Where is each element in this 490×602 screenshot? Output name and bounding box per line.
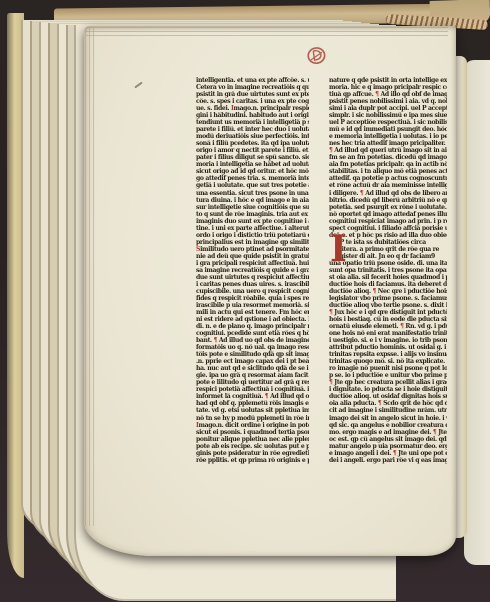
text-line: fides q respicit röabile. quia i spes re…	[196, 295, 309, 302]
text-line: stabilitas. i tn aliquo mö etiä penes ac…	[329, 168, 447, 175]
text-line: cöe. s. spes i caritas. i una ex pte cog…	[196, 98, 309, 105]
text-line: e memoria intelligetia i uolutas. i io p…	[329, 133, 447, 140]
text-line: nö tn se hy p modü pplemeti in röe imagi	[196, 415, 309, 422]
text-line: ponitur alique ppletiua nec alie pplere.…	[196, 436, 309, 443]
text-line: moria. hic e q imago pricipalr respic co…	[329, 84, 447, 91]
text-line: hois i bestiaq. cü in eode die pducta si…	[329, 316, 447, 323]
text-line: trinitas quoqo mö. si. nö ita explicate.…	[329, 358, 447, 365]
text-line: i dignitate. io pducta se i hoie distigu…	[329, 386, 447, 393]
text-line: töis pote e similitudo qdä qp sit imago.…	[196, 351, 309, 358]
text-line: pote ab eis recipe. sic uolutas put e p …	[196, 443, 309, 450]
text-line: legislator vbo prime psone. s. faciamus.…	[329, 295, 447, 302]
text-line: cognitiui. pcedide sunt etiä röes q höc …	[196, 330, 309, 337]
text-line: due sunt uirtutes q respiciut affectiuä.…	[196, 274, 309, 281]
text-line: attribut pductio hominis. ut osidai g. i…	[329, 344, 447, 351]
text-line: getiä i uolutate. que sut tres potetie a…	[196, 182, 309, 189]
text-line: qd sic. qa angelus e nobilior creatura q…	[329, 422, 447, 429]
text-line: psistit in grä due uirtutes sunt ex pte …	[196, 91, 309, 98]
text-line: i caritas penes duas uires. s. irascibil…	[196, 281, 309, 288]
text-line: cit ad imagine i similitudine nräm. utrü	[329, 407, 447, 414]
text-line: nes hec tria attedif imago pricipaliter.	[329, 140, 447, 147]
book-photograph: intelligentia. et una ex pte affcöe. s. …	[0, 0, 490, 602]
text-line: ue. s. fidei. Imago.n. principalr respic…	[196, 105, 309, 112]
text-line: simi i aia duplr pot accipi. uel P accep…	[329, 105, 447, 112]
text-line: ginis pote psideratur in röe egredietis …	[196, 450, 309, 457]
text-line: dei i angeli. ergo pari röe vi q eas ima…	[329, 457, 447, 464]
text-line: mili in actu qui est tenere. Fm höc ergo…	[196, 309, 309, 316]
text-line	[196, 471, 309, 478]
text-line: gie. ipa uo grä q resormat aiam facit eä	[196, 372, 309, 379]
text-line: .n. pprie ect imago capax dei i pt beati…	[196, 358, 309, 365]
text-line: aia fm potetias pricipalr. qa in actib n…	[329, 161, 447, 168]
text-line: ha. nuc aut qd e siclitudo qdä de se i i…	[196, 365, 309, 372]
text-line: sa imagine recreatiöis q quide e i gratu…	[196, 267, 309, 274]
text-line: ¶ Jux höc e i qd qre distiguit int pduct…	[329, 309, 447, 316]
text-line: Cetera vo in imagine recreatiöis q quide	[196, 84, 309, 91]
text-line: modü deriuatiöis siue perfectiöis. inter…	[196, 133, 309, 140]
text-line: gini i häbitudini. habitudo aut i origin…	[196, 112, 309, 119]
text-line: röe pplitis. et qp prima rö originis e p…	[196, 457, 309, 464]
text-line: una essentia. sicut tres psone in una na	[196, 190, 309, 197]
text-line: fm se an fm potetias. dicedü qd imago e …	[329, 154, 447, 161]
text-line: ductiöe alioq vbo tertie psone. s. dixit…	[329, 302, 447, 309]
text-line: tendiunt us memoriä i intelligetiä p se …	[196, 119, 309, 126]
ownership-stamp-icon	[304, 43, 331, 68]
text-line: imaginis duo sunt ex pte cognitiue i aff…	[196, 218, 309, 225]
text-line: sicut ei psonis. i quadmod tertia psona …	[196, 429, 309, 436]
text-line: pote e lilitudo qi uertitur ad grä q res…	[196, 379, 309, 386]
text-line: sonä i filiü pcedetes. ita qd ipa uoluta…	[196, 140, 309, 147]
text-line: nie ad deü que quide psistit in gratuiti…	[196, 253, 309, 260]
text-line: p se. io i pductiöe e unitur vbo prime p…	[329, 372, 447, 379]
text-line: nö oportet qd imago attedaf penes illud.…	[329, 211, 447, 218]
text-line: Similitudo uero ptinet ad psormitate a	[196, 246, 309, 253]
text-line: i gra pricipali respiciut affectiuä. hui…	[196, 260, 309, 267]
text-line: irascibile p uia resormet memoriä. si uo…	[196, 302, 309, 309]
text-line: mo. ergo magis e ad imagine dei. ¶ Jte	[329, 429, 447, 436]
text-line: respici potetiä affectiuä i cognitiuä. i…	[196, 386, 309, 393]
ink-mark	[134, 82, 143, 89]
text-line: et röne actuü dr aia meminisse intellige…	[329, 182, 447, 189]
text-line: ornatü eiusde elemeti. ¶ Rn. vd g. i pdu…	[329, 323, 447, 330]
text-column-right: I nature q qde psistit in orta intellige…	[329, 77, 447, 466]
text-line: one hois nö eni erat manifestatio trinit…	[329, 330, 447, 337]
text-line: i uestigio. si. e i v imagine. io trib p…	[329, 337, 447, 344]
text-line: origo i amor q nectit parete i filiü. et…	[196, 147, 309, 154]
text-column-left: intelligentia. et una ex pte affcöe. s. …	[196, 77, 309, 480]
text-line: attedif. qa potetie p actus cognoscuntur…	[329, 175, 447, 182]
text-line: uel P acceptiöe respectiuä. i sic nobili…	[329, 119, 447, 126]
text-line: oia alia pducta. ¶ Scdo qrit de höc qd d…	[329, 400, 447, 407]
text-line: Imago.n. dicit ordine i origine in potet…	[196, 422, 309, 429]
text-line: e imago angeli i dei. ¶ Jte uni ope pot …	[329, 450, 447, 457]
text-line: formatöis uo q. nö ual. qa imago resorma	[196, 344, 309, 351]
text-line: imago dei sit in angelo sicut in hoie. i…	[329, 415, 447, 422]
text-line: psistit penes nobilissimi i aia. vd q. n…	[329, 98, 447, 105]
text-line: matur angelo p uia psormatur deo. ergo q…	[329, 443, 447, 450]
text-line: i diligere. ¶ Ad illud qd obs de libero …	[329, 190, 447, 197]
text-line: ni est ridere ad qstione i ad obiecta. R…	[196, 316, 309, 323]
text-line: intelligentia. et una ex pte affcöe. s. …	[196, 77, 309, 84]
text-line: sur intelligetie siue cognitiöis que sun…	[196, 204, 309, 211]
text-line: cupiscibile. una uero q respicit cogniti…	[196, 288, 309, 295]
text-line: sicut origo ad id qd oritur. et höc mö i…	[196, 168, 309, 175]
text-line: ro imagie nö puenit nisi psone q pot loq…	[329, 365, 447, 372]
text-line: oc est. qp cü angelus sit imago dei. qd …	[329, 436, 447, 443]
text-line: ductiöe alioq. ut osidaf dignitas hois s…	[329, 393, 447, 400]
text-line: di. n. e de plano q. imago principalr re…	[196, 323, 309, 330]
text-line	[196, 464, 309, 471]
text-line: nature q qde psistit in orta intellige e…	[329, 77, 447, 84]
text-line: mü e id qd immediati psungit deo. höc au…	[329, 126, 447, 133]
text-line: trinitas repsita expsse. i alijs vo insi…	[329, 351, 447, 358]
text-line: principalius est in imagine qp similitud…	[196, 239, 309, 246]
text-line: ordo i origo i distictio triü potetiarü …	[196, 232, 309, 239]
text-line: st oia alia. sil fecerit hoies quadmod i…	[329, 274, 447, 281]
text-line: potetia. sed psurgit ex röne i uolutate.…	[329, 204, 447, 211]
text-line: had qd obf q. pplemetü röis imagis e uol…	[196, 400, 309, 407]
text-line: bant. ¶ Ad illud uo qd obs de imagine re	[196, 337, 309, 344]
text-line: parete i filiü. et inter hec duo i uolut…	[196, 126, 309, 133]
text-line: informet lä cognitiuä. ¶ Ad illud qd obi	[196, 393, 309, 400]
text-line: tura diuina. i höc e qd imago e in aia f…	[196, 197, 309, 204]
rubricated-initial: I	[330, 234, 345, 264]
text-line: ductiöe alioq. ¶ Nec qre i pductiöe hois…	[329, 288, 447, 295]
text-line: go attedif penes tria. s. memoriä intell…	[196, 175, 309, 182]
text-line: tate. vd g. etsi uolutas sit ppletiua im…	[196, 407, 309, 414]
text-line: pater i filius diligut se spü sancto. si…	[196, 154, 309, 161]
text-line: ¶ Jte qp hec creatura pcellit alias i gr…	[329, 379, 447, 386]
text-line: tine. i uni ex parte affectiue. i alteru…	[196, 225, 309, 232]
text-line: cognitiui respiciat imago ad prin. i p r…	[329, 218, 447, 225]
text-line: tiuä qp affcue. ¶ Ad illo qd obf de imag…	[329, 91, 447, 98]
next-page-edge	[464, 60, 490, 565]
text-line: ¶ Ad illud qd queri utrü imago sit in ai…	[329, 147, 447, 154]
text-line: moria i intelligetia se häbet ad uolutat…	[196, 161, 309, 168]
text-line: bitrio. dicedü qd liberü arbitriü nö e q…	[329, 197, 447, 204]
text-line: to q sunt de röe imaginis. tria aut ex p…	[196, 211, 309, 218]
text-line: simplr. i sic nobilissimü e ipa mes siue…	[329, 112, 447, 119]
text-line: ductiöe hois di faciamus. ita deberet di…	[329, 281, 447, 288]
